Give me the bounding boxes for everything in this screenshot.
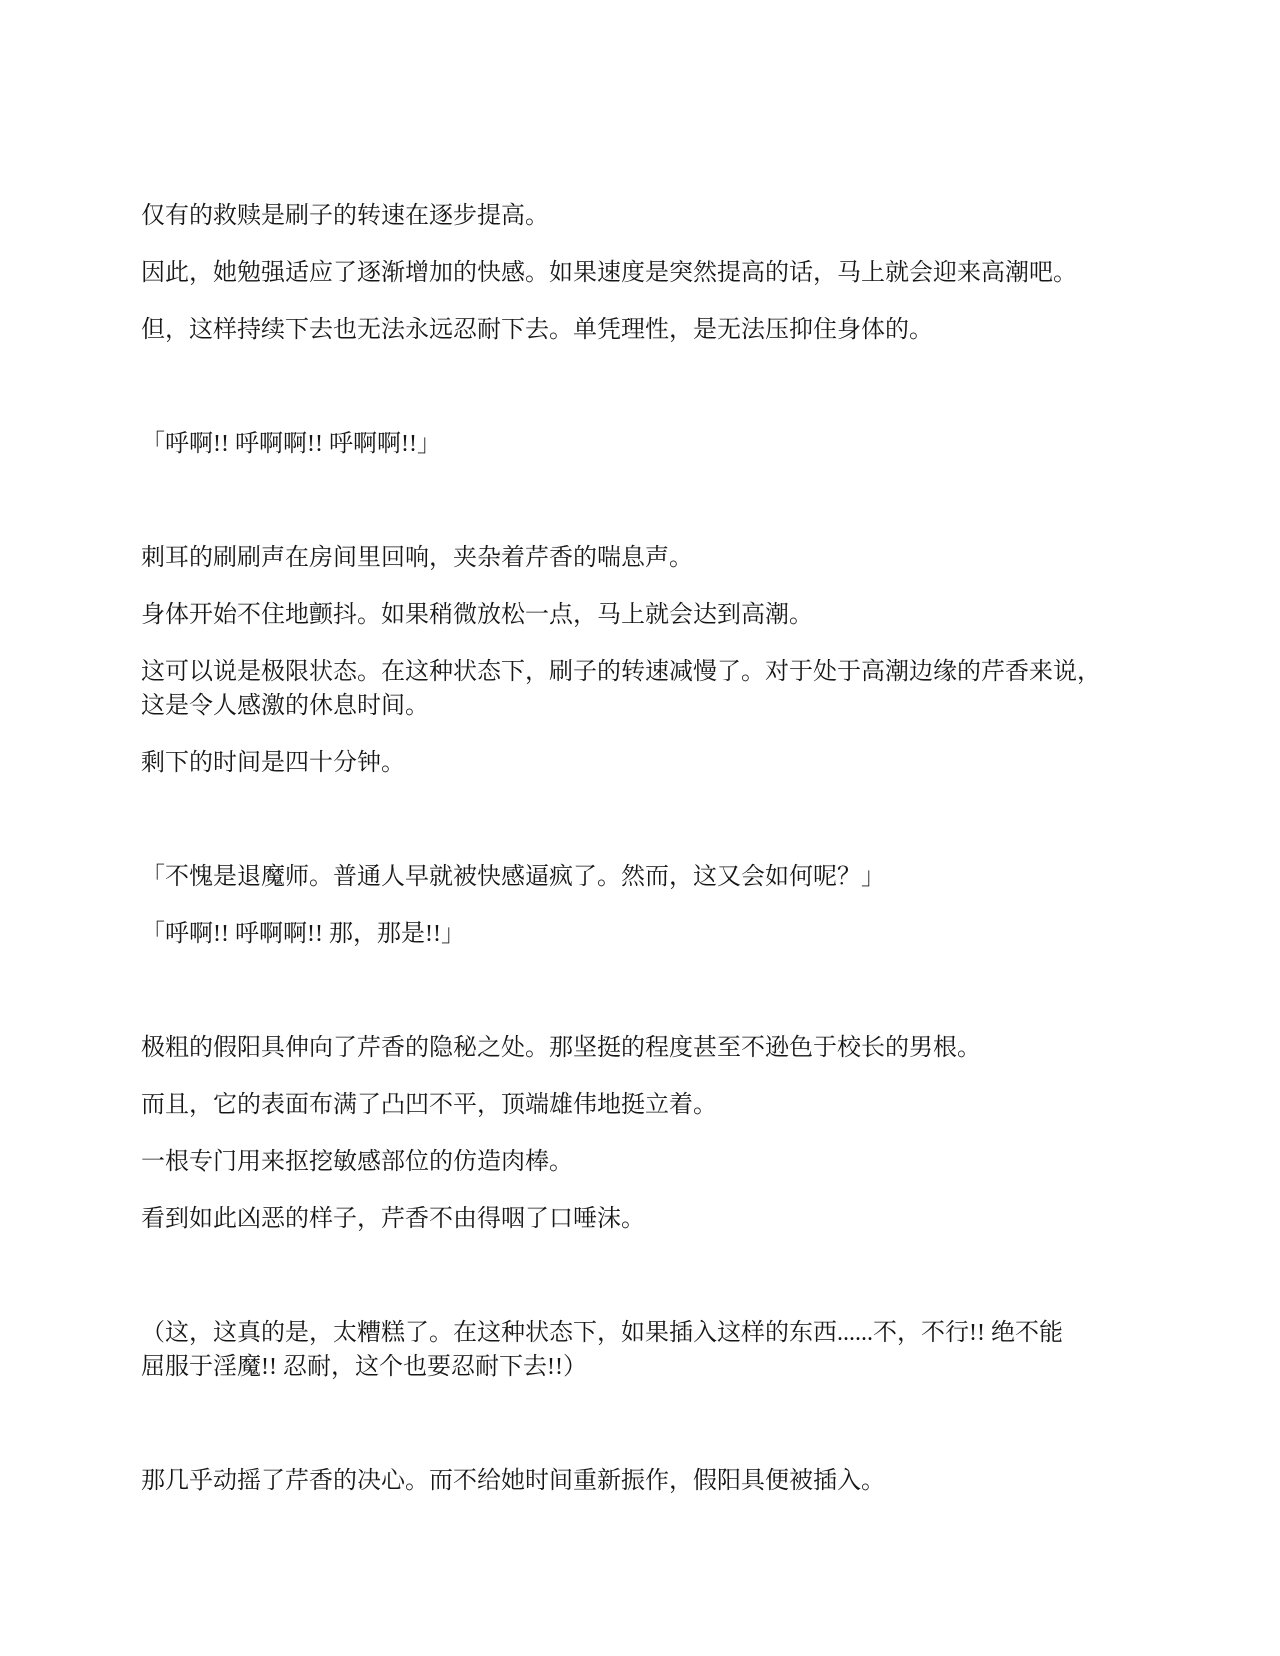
- document-page: 仅有的救赎是刷子的转速在逐步提高。因此，她勉强适应了逐渐增加的快感。如果速度是突…: [0, 0, 1280, 1656]
- paragraph: （这，这真的是，太糟糕了。在这种状态下，如果插入这样的东西......不，不行!…: [141, 1316, 1136, 1384]
- blank-line: [141, 370, 1136, 404]
- paragraph: 仅有的救赎是刷子的转速在逐步提高。: [141, 199, 1136, 233]
- paragraph: 而且，它的表面布满了凸凹不平，顶端雄伟地挺立着。: [141, 1088, 1136, 1122]
- blank-line: [141, 1407, 1136, 1441]
- paragraph: 刺耳的刷刷声在房间里回响，夹杂着芹香的喘息声。: [141, 541, 1136, 575]
- blank-line: [141, 484, 1136, 518]
- paragraph: 那几乎动摇了芹香的决心。而不给她时间重新振作，假阳具便被插入。: [141, 1464, 1136, 1498]
- blank-line: [141, 1259, 1136, 1293]
- document-text: 仅有的救赎是刷子的转速在逐步提高。因此，她勉强适应了逐渐增加的快感。如果速度是突…: [141, 199, 1136, 1498]
- paragraph: 「不愧是退魔师。普通人早就被快感逼疯了。然而，这又会如何呢？」: [141, 860, 1136, 894]
- paragraph: 但，这样持续下去也无法永远忍耐下去。单凭理性，是无法压抑住身体的。: [141, 313, 1136, 347]
- paragraph: 剩下的时间是四十分钟。: [141, 746, 1136, 780]
- paragraph: 一根专门用来抠挖敏感部位的仿造肉棒。: [141, 1145, 1136, 1179]
- blank-line: [141, 974, 1136, 1008]
- paragraph: 这可以说是极限状态。在这种状态下，刷子的转速减慢了。对于处于高潮边缘的芹香来说，…: [141, 655, 1136, 723]
- paragraph: 身体开始不住地颤抖。如果稍微放松一点，马上就会达到高潮。: [141, 598, 1136, 632]
- paragraph: 「呼啊!! 呼啊啊!! 那，那是!!」: [141, 917, 1136, 951]
- paragraph: 看到如此凶恶的样子，芹香不由得咽了口唾沫。: [141, 1202, 1136, 1236]
- paragraph: 「呼啊!! 呼啊啊!! 呼啊啊!!」: [141, 427, 1136, 461]
- paragraph: 因此，她勉强适应了逐渐增加的快感。如果速度是突然提高的话，马上就会迎来高潮吧。: [141, 256, 1136, 290]
- paragraph: 极粗的假阳具伸向了芹香的隐秘之处。那坚挺的程度甚至不逊色于校长的男根。: [141, 1031, 1136, 1065]
- blank-line: [141, 803, 1136, 837]
